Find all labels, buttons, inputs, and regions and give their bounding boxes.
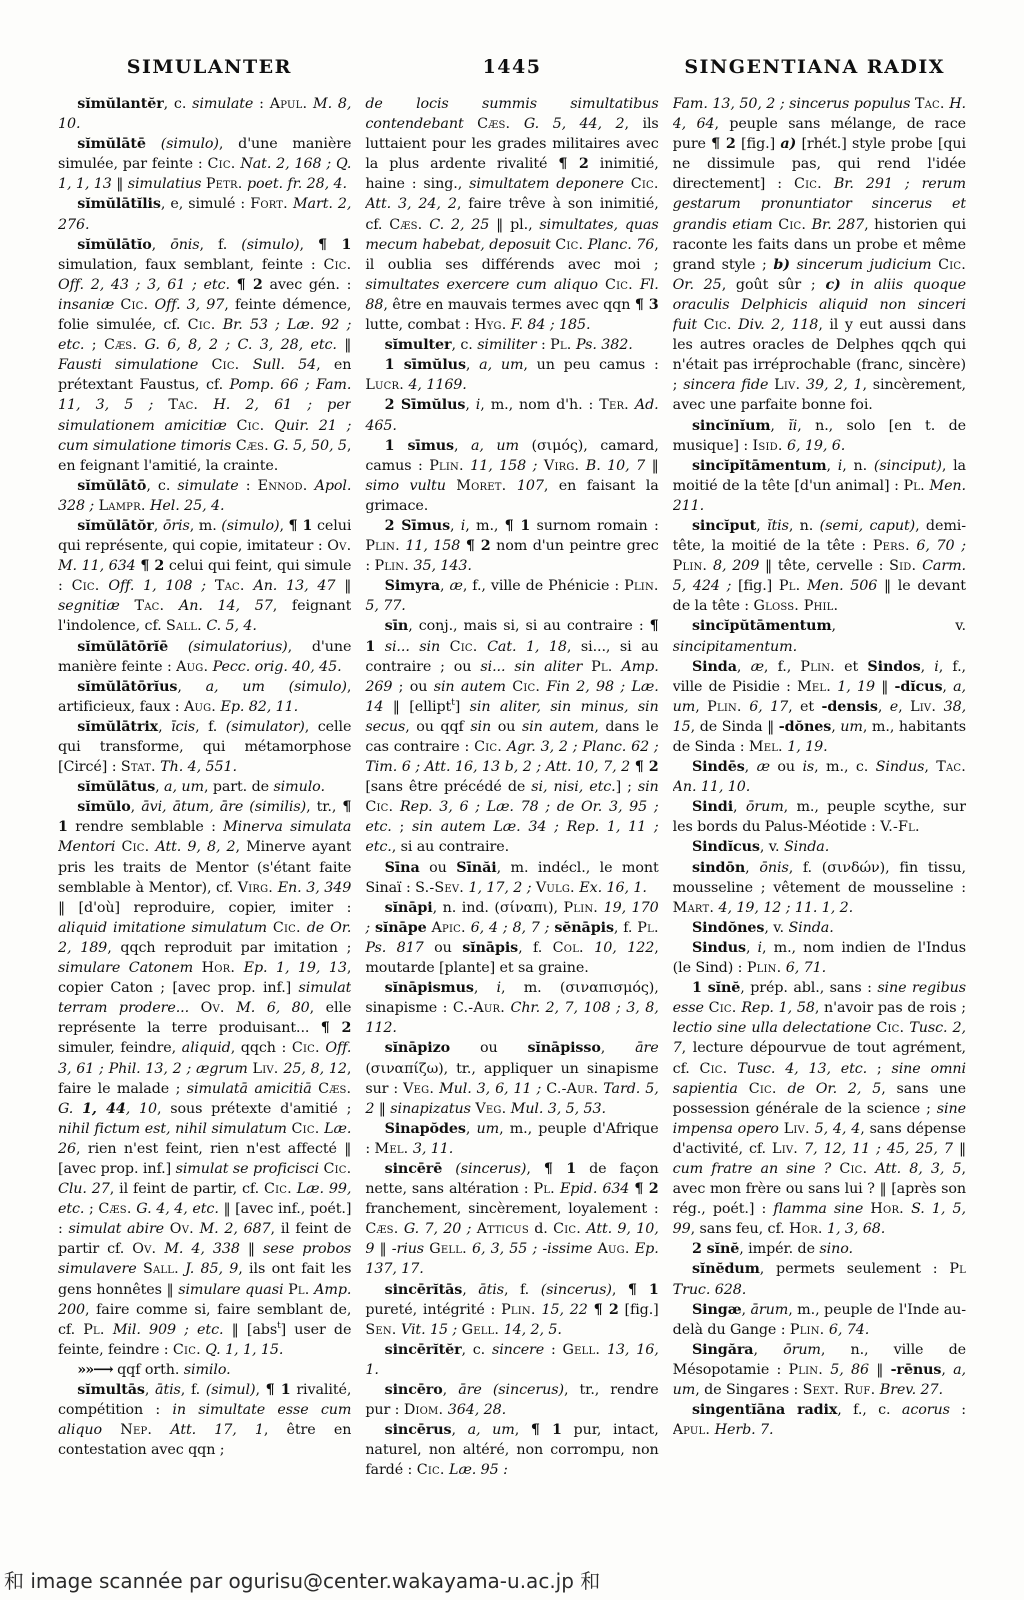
text-run: , un peu camus :	[523, 357, 658, 373]
dictionary-entry: sĭmŭlo, āvi, ātum, āre (similis), tr., ¶…	[58, 797, 351, 1360]
text-run: Cic.	[709, 1000, 737, 1016]
text-run: ‖	[374, 1101, 390, 1117]
text-run: -densis	[822, 699, 878, 715]
text-run: , de Sinda ‖	[691, 719, 779, 735]
text-run: lutte, combat :	[365, 317, 474, 333]
text-run: um	[840, 719, 863, 735]
text-run: sĭnĕdum	[692, 1261, 760, 1277]
text-run: æ	[751, 659, 764, 675]
dictionary-entry: Sinda, æ, f., Plin. et Sindos, i, f., vi…	[673, 657, 966, 757]
text-run: simulate	[192, 96, 253, 112]
text-run: :	[544, 1342, 562, 1358]
text-run: simulare Catonem	[58, 960, 193, 976]
text-run	[137, 337, 144, 353]
text-run	[790, 257, 797, 273]
text-run: simulat abire	[68, 1221, 164, 1237]
text-run: Sīnăi	[456, 860, 496, 876]
text-run: Pl.	[903, 478, 924, 494]
text-run: , n. ind. (σίναπι),	[433, 900, 564, 916]
text-run: ‖	[869, 1362, 891, 1378]
text-run: aliquid	[182, 1040, 231, 1056]
text-run: Pl.	[534, 1181, 555, 1197]
text-run: ¶ 2	[558, 156, 588, 172]
text-run: 39, 2, 1	[806, 377, 863, 393]
text-run: 6, 19, 6.	[787, 438, 845, 454]
text-run: sĭmŭlātōrĭus	[77, 679, 177, 695]
text-run: simuler, feindre,	[58, 1040, 182, 1056]
text-run: Tac.	[215, 578, 245, 594]
text-run: , n.	[789, 518, 820, 534]
text-run: , e, simulé :	[161, 196, 250, 212]
text-run: ,	[454, 438, 471, 454]
text-run: ,	[177, 679, 205, 695]
text-run: , f.	[181, 1382, 206, 1398]
dictionary-entry: 2 Sīmus, i, m., ¶ 1 surnom romain : Plin…	[365, 516, 658, 576]
text-run: Fausti simulatione	[58, 357, 198, 373]
text-run: , n.	[842, 458, 874, 474]
text-run: sĭmŭlātō	[77, 478, 146, 494]
text-run	[215, 317, 222, 333]
text-run: 6, 4 ; 8, 7 ;	[471, 920, 550, 936]
text-run: Gell.	[462, 1322, 500, 1338]
text-run: , de Singares :	[695, 1382, 802, 1398]
text-run: Petr.	[206, 176, 243, 192]
text-run: 6, 70 ;	[916, 538, 966, 554]
text-run: ōrum	[746, 799, 784, 815]
text-run: Cic.	[323, 257, 351, 273]
text-run: G. 4, 4, etc.	[136, 1201, 219, 1217]
text-run: ou	[450, 1040, 527, 1056]
text-run: Aug.	[598, 1241, 630, 1257]
text-run: C.-Aur.	[546, 1081, 598, 1097]
text-run: C. 2, 25	[429, 217, 489, 233]
text-run: Men. 506	[807, 578, 877, 594]
dictionary-entry: sĭmŭlātōrĭus, a, um (simulo), artificieu…	[58, 677, 351, 717]
text-run: Cic.	[237, 418, 265, 434]
text-run: G.	[58, 1101, 73, 1117]
text-run: Tac.	[168, 397, 198, 413]
orthography-arrow-icon: »»⟶	[77, 1362, 112, 1378]
text-run: surnom romain :	[530, 518, 658, 534]
text-run: æ	[449, 578, 462, 594]
text-run: sindōn	[692, 860, 745, 876]
text-run: Th. 4, 551.	[160, 759, 237, 775]
text-run: Cic.	[264, 1181, 292, 1197]
text-run: ,	[745, 759, 757, 775]
text-run: Cic.	[938, 257, 966, 273]
text-run: , f.	[518, 940, 553, 956]
text-run	[120, 598, 135, 614]
text-run: Cic.	[323, 1161, 351, 1177]
text-run: ,	[733, 799, 746, 815]
text-run: si... sin	[385, 639, 440, 655]
text-run: G. 6, 8, 2 ; C. 3, 28, etc.	[145, 337, 337, 353]
text-run: ‖	[112, 176, 128, 192]
text-run: c)	[825, 277, 840, 293]
text-run: um	[476, 1121, 499, 1137]
text-run: Singăra	[692, 1342, 754, 1358]
text-run: Pl.	[637, 920, 658, 936]
text-run: G. 5, 50, 5	[273, 438, 347, 454]
dictionary-entry: sĭnāpi, n. ind. (σίναπι), Plin. 19, 170 …	[365, 898, 658, 978]
text-run: Sinapŏdes	[385, 1121, 466, 1137]
text-run: Plin.	[624, 578, 659, 594]
text-run	[822, 176, 834, 192]
text-run: 11, 158 ;	[470, 458, 537, 474]
text-run: M. 6, 80	[236, 1000, 309, 1016]
text-run: 2 Sīmŭlus	[385, 397, 466, 413]
text-run: ,	[450, 518, 461, 534]
text-run	[506, 478, 516, 494]
text-run: -dĭcus	[894, 679, 942, 695]
text-run: simulatā amicitiā	[187, 1081, 312, 1097]
text-run: Apul.	[270, 96, 308, 112]
text-run: sĭmŭlātŏr	[77, 518, 153, 534]
text-run: , qqch reproduit par imitation ;	[107, 940, 351, 956]
text-run: 5, 86	[830, 1362, 869, 1378]
text-run: ] ;	[616, 779, 638, 795]
running-head-left-title: SIMULANTER	[58, 56, 361, 78]
text-run: 15, 22	[541, 1302, 587, 1318]
text-run: Isid.	[753, 438, 783, 454]
text-run: sincere	[492, 1342, 544, 1358]
text-run: aliquid imitatione simulatum	[58, 920, 267, 936]
text-run: 1, 3, 68.	[827, 1221, 885, 1237]
dictionary-entry: sĭmŭlātō, c. simulate : Ennod. Apol. 328…	[58, 476, 351, 516]
dictionary-entry: Sindŏnes, v. Sinda.	[673, 918, 966, 938]
text-run: a)	[780, 136, 796, 152]
text-run: ou	[491, 719, 522, 735]
text-run: 2 Sīmus	[385, 518, 450, 534]
text-run: Plin.	[707, 699, 742, 715]
text-run: G. 5, 44, 2	[524, 116, 625, 132]
text-run	[375, 639, 385, 655]
text-run: , m., nom d'h. :	[480, 397, 599, 413]
text-run: Plin.	[790, 1322, 825, 1338]
dictionary-entry: Singæ, ārum, m., peuple de l'Inde au-del…	[673, 1300, 966, 1340]
text-run: Sen.	[365, 1322, 396, 1338]
text-run: sĭnāpe	[375, 920, 427, 936]
text-run: ,	[131, 799, 142, 815]
text-run	[164, 598, 179, 614]
text-run: franchement, sincèrement, loyalement :	[365, 1201, 658, 1217]
text-run	[235, 960, 244, 976]
text-run: 364, 28.	[448, 1402, 506, 1418]
text-run: , v.	[831, 618, 966, 634]
dictionary-entry: sĭmŭlātē (simulo), d'une manière simulée…	[58, 134, 351, 194]
text-run: Lampr.	[99, 498, 146, 514]
text-run: ¶ 3	[635, 297, 659, 313]
text-run: (simulo)	[241, 237, 299, 253]
text-run: Ep. 82, 11.	[220, 699, 298, 715]
text-run: S.-Sev.	[415, 880, 464, 896]
text-run: 35, 143.	[413, 558, 471, 574]
text-run: , et	[788, 699, 821, 715]
text-run: ,	[827, 458, 838, 474]
text-run: ōrum	[783, 1342, 821, 1358]
text-run: (simulo)	[221, 518, 279, 534]
text-run: sin	[638, 779, 659, 795]
text-run	[153, 397, 168, 413]
dictionary-page: SIMULANTER 1445 SINGENTIANA RADIX sĭmŭla…	[0, 0, 1024, 1600]
dictionary-entry: 2 Sīmŭlus, i, m., nom d'h. : Ter. Ad. 46…	[365, 395, 658, 435]
column-1: sĭmŭlantĕr, c. simulate : Apul. M. 8, 10…	[58, 94, 351, 1542]
text-run: ;	[84, 1201, 98, 1217]
text-run: B. 10, 7	[586, 458, 645, 474]
text-run: ¶ 1	[266, 1382, 291, 1398]
dictionary-entry: sincērus, a, um, ¶ 1 pur, intact, nature…	[365, 1420, 658, 1480]
text-run: Sall.	[166, 618, 202, 634]
text-run: , f.	[504, 1282, 541, 1298]
text-run	[727, 1061, 737, 1077]
text-run: Ps. 817	[365, 940, 423, 956]
text-run: Cic.	[212, 357, 240, 373]
text-run: Cic.	[120, 297, 148, 313]
text-run: 5, 4, 4	[815, 1121, 861, 1137]
text-run: sincērĭtās	[385, 1282, 463, 1298]
text-run: :	[950, 1402, 966, 1418]
text-run	[582, 659, 591, 675]
text-run	[598, 277, 605, 293]
text-run: sincĭnĭum	[692, 418, 770, 434]
text-run: V.-Fl.	[880, 819, 920, 835]
text-run: , tr.,	[306, 799, 342, 815]
text-run: [sans être précédé de	[365, 779, 531, 795]
text-run: Hor.	[202, 960, 236, 976]
text-run: Apic.	[432, 920, 466, 936]
text-run: Veg.	[403, 1081, 434, 1097]
text-run: ;	[84, 337, 104, 353]
text-run: Plin.	[747, 960, 782, 976]
text-run: ĭtis	[767, 518, 789, 534]
text-run: simulo.	[273, 779, 324, 795]
text-run: ¶ 2	[237, 277, 263, 293]
text-run: sĭmŭlātē	[77, 136, 146, 152]
text-run: , sans feu, cf.	[691, 1221, 789, 1237]
text-run: , v.	[760, 839, 784, 855]
text-run: , c.	[452, 337, 478, 353]
text-run: Cic.	[273, 920, 301, 936]
text-run: [fig.]	[731, 578, 779, 594]
text-run	[99, 578, 108, 594]
text-run: a, um	[468, 1422, 515, 1438]
text-run: (simul)	[206, 1382, 256, 1398]
text-run: Cic.	[188, 317, 216, 333]
text-run: ōnis	[170, 237, 199, 253]
text-run: ,	[145, 1382, 155, 1398]
text-run: nihil fictum est, nihil simulatum	[58, 1121, 287, 1137]
text-run: Cic.	[292, 1121, 320, 1137]
text-run: sincipitamentum.	[673, 639, 797, 655]
text-run: sĭmŭlo	[77, 799, 130, 815]
text-run: 1, 44	[82, 1101, 126, 1117]
text-run: Cic.	[794, 176, 822, 192]
text-run: 14, 2, 5.	[504, 1322, 562, 1338]
text-run: Brev. 27.	[880, 1382, 943, 1398]
text-run: ,	[154, 518, 163, 534]
text-run: 6, 71.	[786, 960, 826, 976]
text-run: Simyra	[385, 578, 440, 594]
text-run: Gell.	[563, 1342, 601, 1358]
dictionary-entry: Sindēs, æ ou is, m., c. Sindus, Tac. An.…	[673, 757, 966, 797]
text-run: ‖	[337, 337, 351, 353]
text-run: si... sin aliter	[480, 659, 582, 675]
text-run: Sindus	[876, 759, 925, 775]
text-run: īcis	[171, 719, 195, 735]
text-run: Vit. 15 ;	[401, 1322, 457, 1338]
text-run: Att. 9, 8, 2	[156, 839, 236, 855]
text-run: , prép. abl., sans :	[740, 980, 877, 996]
text-run: Virg.	[238, 880, 273, 896]
dictionary-entry: de locis summis simultatibus contendeban…	[365, 94, 658, 335]
text-run: Tac.	[936, 759, 966, 775]
text-run: ‖	[645, 458, 659, 474]
dictionary-entry: sincērē (sincerus), ¶ 1 de façon nette, …	[365, 1159, 658, 1280]
text-run: ¶ 2	[140, 558, 164, 574]
text-run: flamma sine	[773, 1201, 863, 1217]
text-run: Lucr.	[365, 377, 404, 393]
dictionary-entry: sĭnāpismus, i, m. (σιναπισμός), sinapism…	[365, 978, 658, 1038]
text-run: Sid.	[889, 558, 916, 574]
text-run	[264, 418, 274, 434]
text-run: Cic.	[876, 1020, 904, 1036]
text-run: ,	[746, 940, 758, 956]
text-run: ,	[152, 237, 171, 253]
text-run: insaniæ	[58, 297, 114, 313]
text-run: Off. 1, 108 ;	[108, 578, 206, 594]
text-run: Stat.	[121, 759, 156, 775]
text-run: Mel.	[797, 679, 831, 695]
text-run: Tusc. 4, 13, etc.	[737, 1061, 867, 1077]
text-run: , si au contraire.	[392, 839, 509, 855]
text-run: sin autem	[522, 719, 594, 735]
dictionary-entry: sĭmŭlātĭlis, e, simulé : Fort. Mart. 2, …	[58, 194, 351, 234]
text-run: ¶ 2	[634, 1181, 658, 1197]
text-run: Pl.	[779, 578, 800, 594]
text-run: Rep. 1, 58	[741, 1000, 815, 1016]
text-run: simulate	[177, 478, 238, 494]
text-run: :	[537, 337, 551, 353]
text-run: 107	[517, 478, 544, 494]
text-run: Cæs.	[477, 116, 510, 132]
text-run: C. 5, 4.	[206, 618, 257, 634]
text-run: sincĭput	[692, 518, 756, 534]
text-run: sĭmŭlātĭo	[77, 237, 151, 253]
text-run: ‖ [abs	[223, 1322, 277, 1338]
text-run: , c.	[146, 478, 177, 494]
text-run: ;	[867, 1061, 891, 1077]
text-run: singentĭāna radix	[692, 1402, 837, 1418]
text-run: Att. 3, 24, 2	[365, 196, 457, 212]
text-run: sinapizatus	[390, 1101, 471, 1117]
text-run	[841, 277, 851, 293]
text-run: Pl.	[591, 659, 612, 675]
text-run: ¶ 1	[505, 518, 531, 534]
text-run: ‖	[953, 1141, 966, 1157]
text-run: ,	[695, 699, 707, 715]
text-run: ,	[898, 699, 910, 715]
text-run: a, um	[471, 438, 519, 454]
text-run: Att. 17, 1	[170, 1422, 264, 1438]
text-run: Cic.	[704, 317, 732, 333]
text-run: ¶ 1	[531, 1422, 562, 1438]
text-run: An. 13, 47	[253, 578, 335, 594]
text-run: simultates exercere cum aliquo	[365, 277, 598, 293]
text-run	[230, 277, 237, 293]
text-run: ,	[601, 1040, 635, 1056]
text-run: Cat. 1, 18	[487, 639, 567, 655]
text-run: Sinda.	[784, 839, 829, 855]
text-run: sĭmŭlantĕr	[77, 96, 163, 112]
text-run: J. 85, 9	[185, 1261, 238, 1277]
text-run: Hor.	[870, 1201, 904, 1217]
text-run: acorus	[902, 1402, 950, 1418]
text-run: ,	[465, 397, 475, 413]
text-run: (sinciput)	[874, 458, 942, 474]
text-run: sĭmŭlātōrĭē	[77, 639, 168, 655]
text-run: -rēnus	[891, 1362, 942, 1378]
text-run	[600, 1342, 607, 1358]
text-run: ,	[770, 418, 788, 434]
text-run: , qqch :	[231, 1040, 292, 1056]
text-run: Cic.	[474, 739, 502, 755]
text-run: de Or. 2, 5	[788, 1081, 882, 1097]
text-run: Cic.	[208, 156, 236, 172]
text-run	[105, 1322, 113, 1338]
text-run: ¶ 2	[635, 759, 659, 775]
text-run: sīn	[385, 618, 409, 634]
text-run	[738, 1081, 749, 1097]
text-run: Nep.	[120, 1422, 152, 1438]
text-run: āre	[635, 1040, 659, 1056]
text-run: Cic.	[173, 1342, 201, 1358]
text-run: :	[239, 478, 258, 494]
text-run: ou	[770, 759, 803, 775]
dictionary-entry: Fam. 13, 50, 2 ; sincerus populus Tac. H…	[673, 94, 966, 416]
text-run: Sall.	[143, 1261, 179, 1277]
text-run: ¶ 2	[594, 1302, 619, 1318]
dictionary-entry: sincĭpĭtāmentum, i, n. (sinciput), la mo…	[673, 456, 966, 516]
text-run	[464, 116, 478, 132]
text-run: ,	[466, 1121, 477, 1137]
text-run: 1, 17, 2 ;	[468, 880, 531, 896]
text-run: Sinda	[692, 659, 737, 675]
text-run	[146, 136, 161, 152]
text-run: ‖	[875, 679, 895, 695]
text-run: rendre semblable :	[68, 819, 223, 835]
text-run	[193, 960, 202, 976]
text-run: Att. 8, 3, 5	[875, 1161, 961, 1177]
text-run: Ov.	[327, 538, 351, 554]
text-run: ¶ 2	[321, 1020, 352, 1036]
text-run: Plin.	[800, 659, 835, 675]
text-run: Apul.	[673, 1422, 711, 1438]
text-run: Off. 2, 43 ; 3, 61 ; etc.	[58, 277, 230, 293]
text-run: Pers.	[873, 538, 910, 554]
dictionary-entry: sĭmŭlantĕr, c. simulate : Apul. M. 8, 10…	[58, 94, 351, 134]
dictionary-entry: sĭmŭlātus, a, um, part. de simulo.	[58, 777, 351, 797]
text-run: ‖ pl.,	[489, 217, 539, 233]
dictionary-entry: sindōn, ōnis, f. (σινδών), fin tissu, mo…	[673, 858, 966, 918]
text-run	[227, 418, 237, 434]
text-run: Liv.	[784, 1121, 810, 1137]
text-run: An. 11, 10.	[673, 779, 751, 795]
text-run: ¶ 1	[544, 1161, 576, 1177]
column-3: Fam. 13, 50, 2 ; sincerus populus Tac. H…	[673, 94, 966, 1542]
text-run: ,	[921, 659, 935, 675]
text-run: (semi, caput)	[820, 518, 915, 534]
text-run: b)	[773, 257, 790, 273]
